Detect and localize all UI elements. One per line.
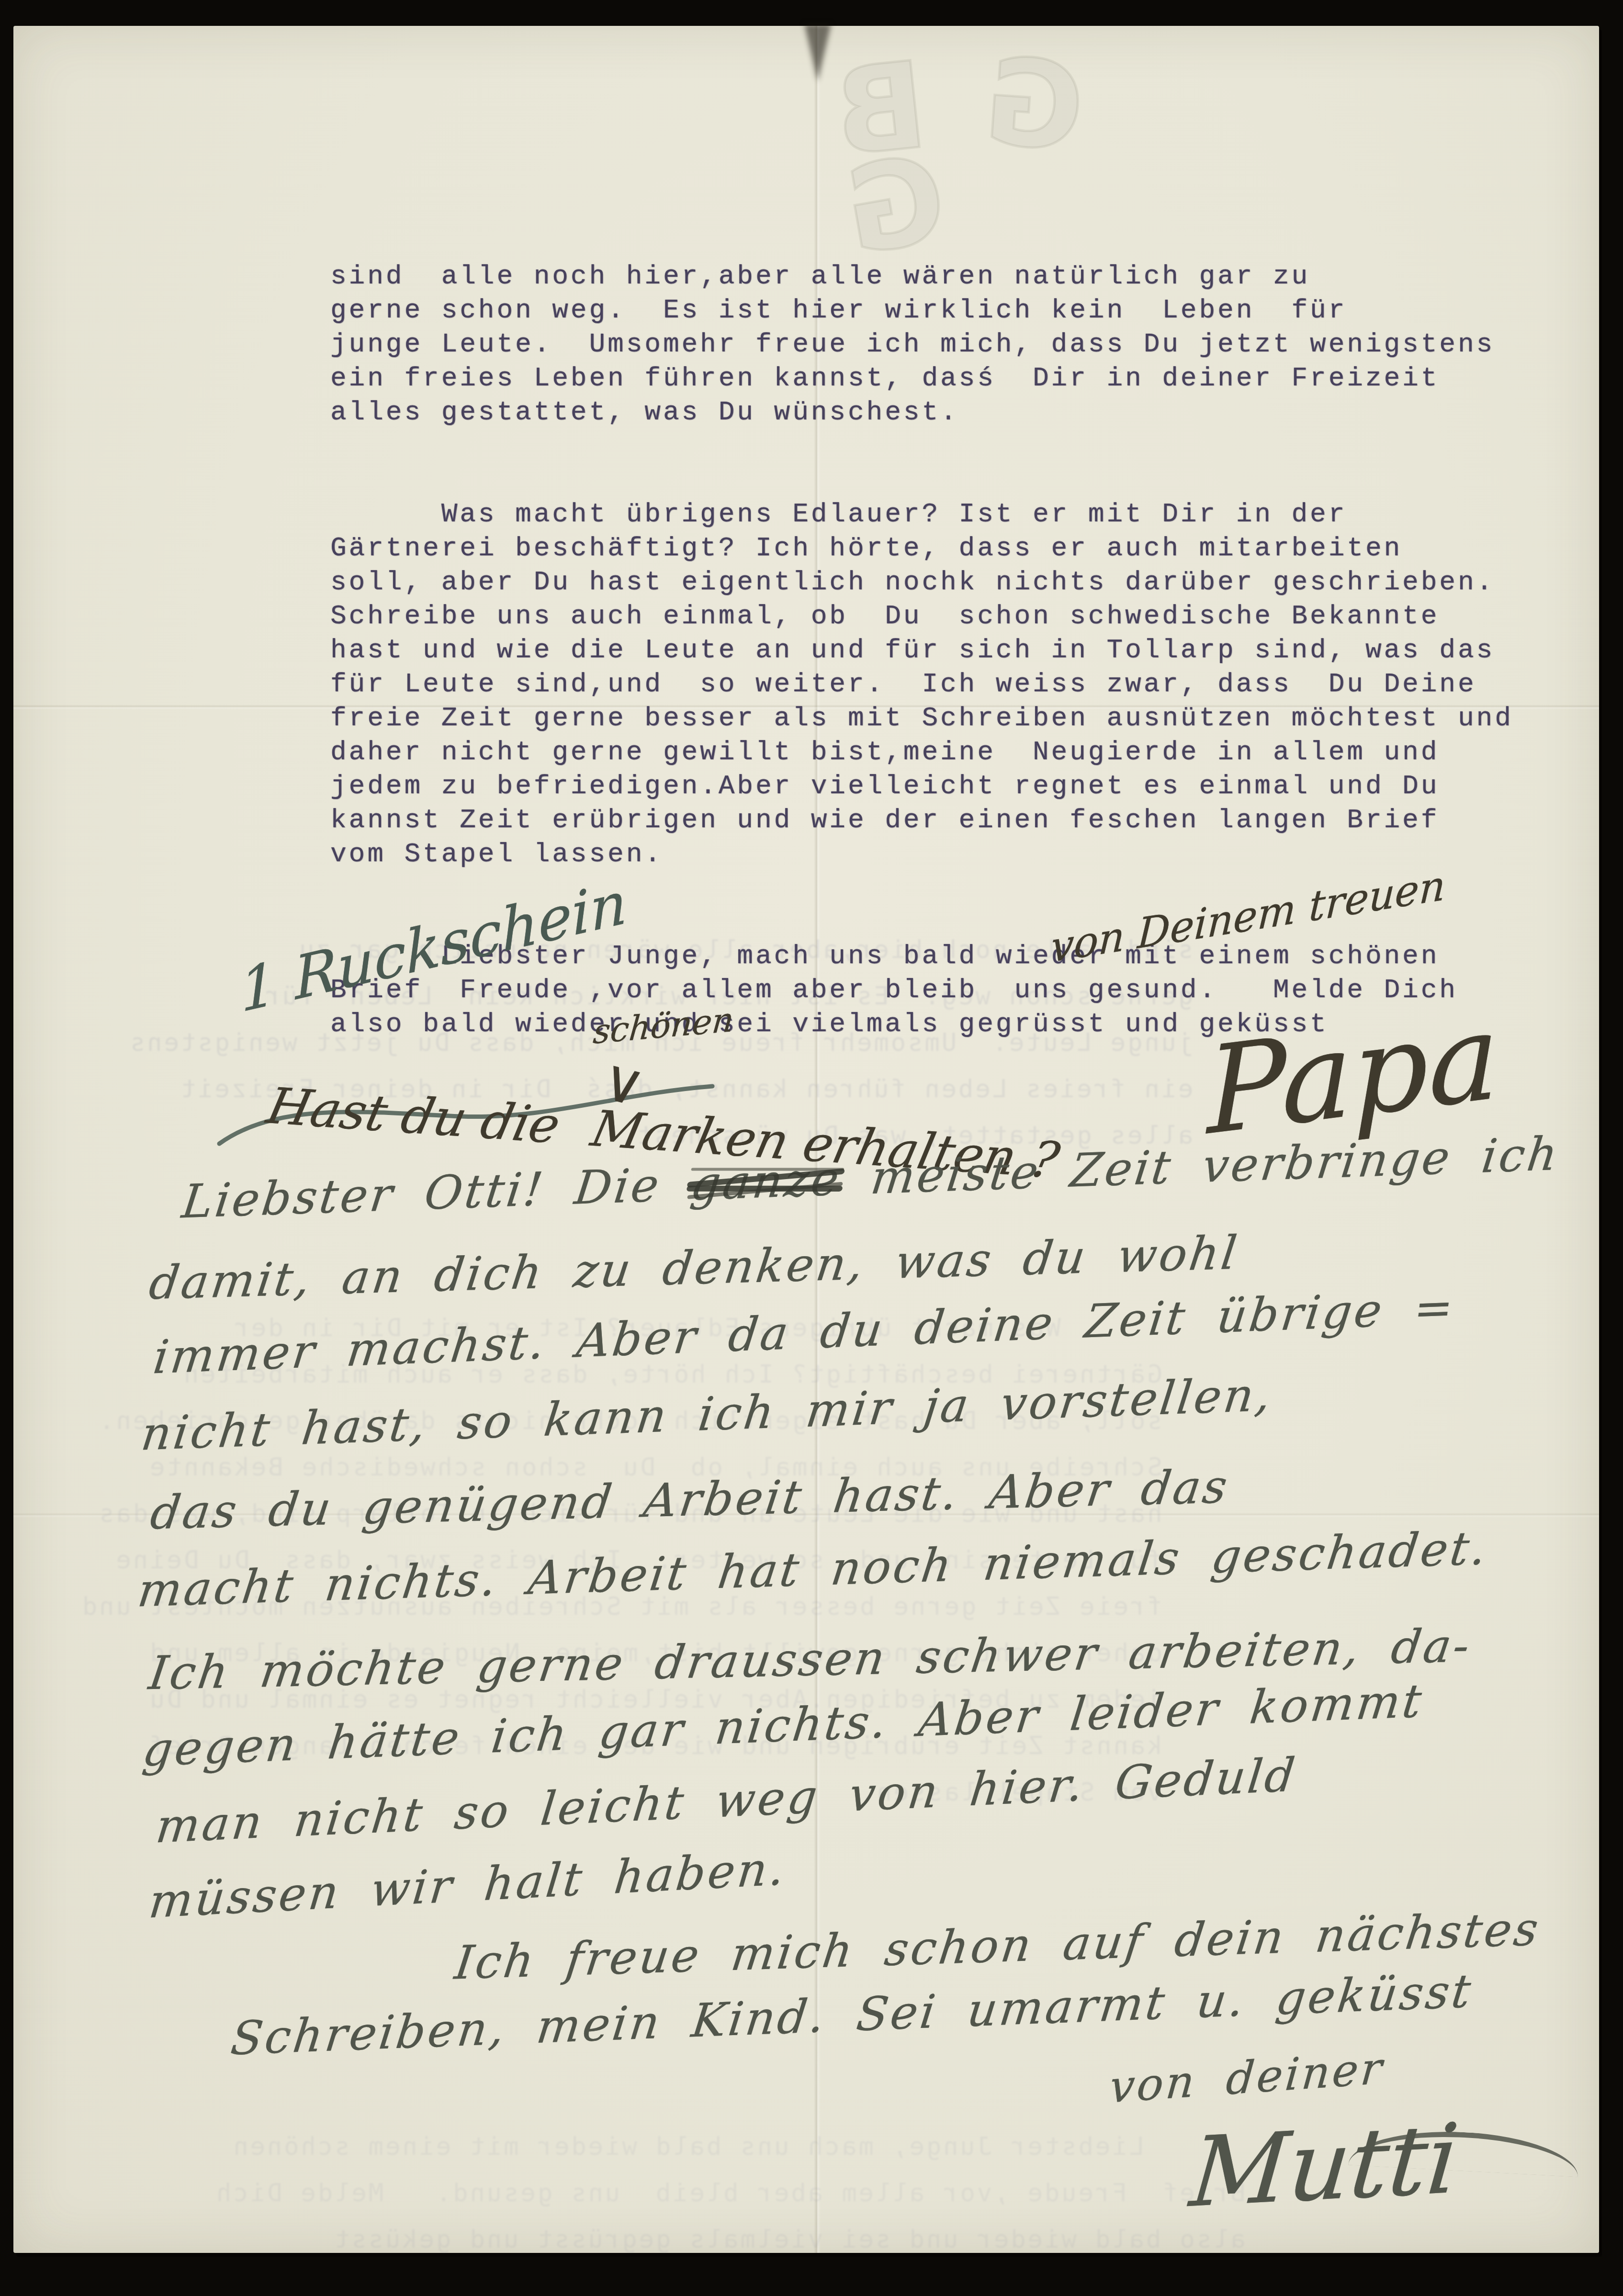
letter-paper: B G G sind alle noch hier,aber alle wäre…: [13, 26, 1599, 2253]
handwritten-line: müssen wir halt haben.: [147, 1841, 789, 1929]
typed-paragraph: sind alle noch hier,aber alle wären natü…: [330, 259, 1513, 429]
scanned-letter-page: B G G sind alle noch hier,aber alle wäre…: [0, 0, 1623, 2296]
crossed-out-word: ganze: [688, 1152, 845, 1211]
typed-letter-body: sind alle noch hier,aber alle wären natü…: [330, 191, 1513, 1109]
handwritten-closing: von deiner: [1108, 2042, 1386, 2113]
insertion-gap: [555, 1143, 589, 1145]
bleed-text: Liebster Junge, mach uns bald wieder mit…: [214, 2124, 1246, 2263]
handwritten-line: das du genügend Arbeit hast. Aber das: [147, 1460, 1233, 1540]
ink-bleedthrough: Liebster Junge, mach uns bald wieder mit…: [214, 2099, 1246, 2288]
mutti-signature: Mutti: [1186, 2103, 1463, 2229]
fold-notch-shadow: [804, 24, 831, 81]
handwritten-line: macht nichts. Arbeit hat noch niemals ge…: [135, 1521, 1492, 1617]
typed-paragraph: Was macht übrigens Edlauer? Ist er mit D…: [330, 497, 1513, 871]
emboss-letter-icon: G: [981, 42, 1088, 168]
handwritten-line: nicht hast, so kann ich mir ja vorstelle…: [138, 1368, 1276, 1461]
